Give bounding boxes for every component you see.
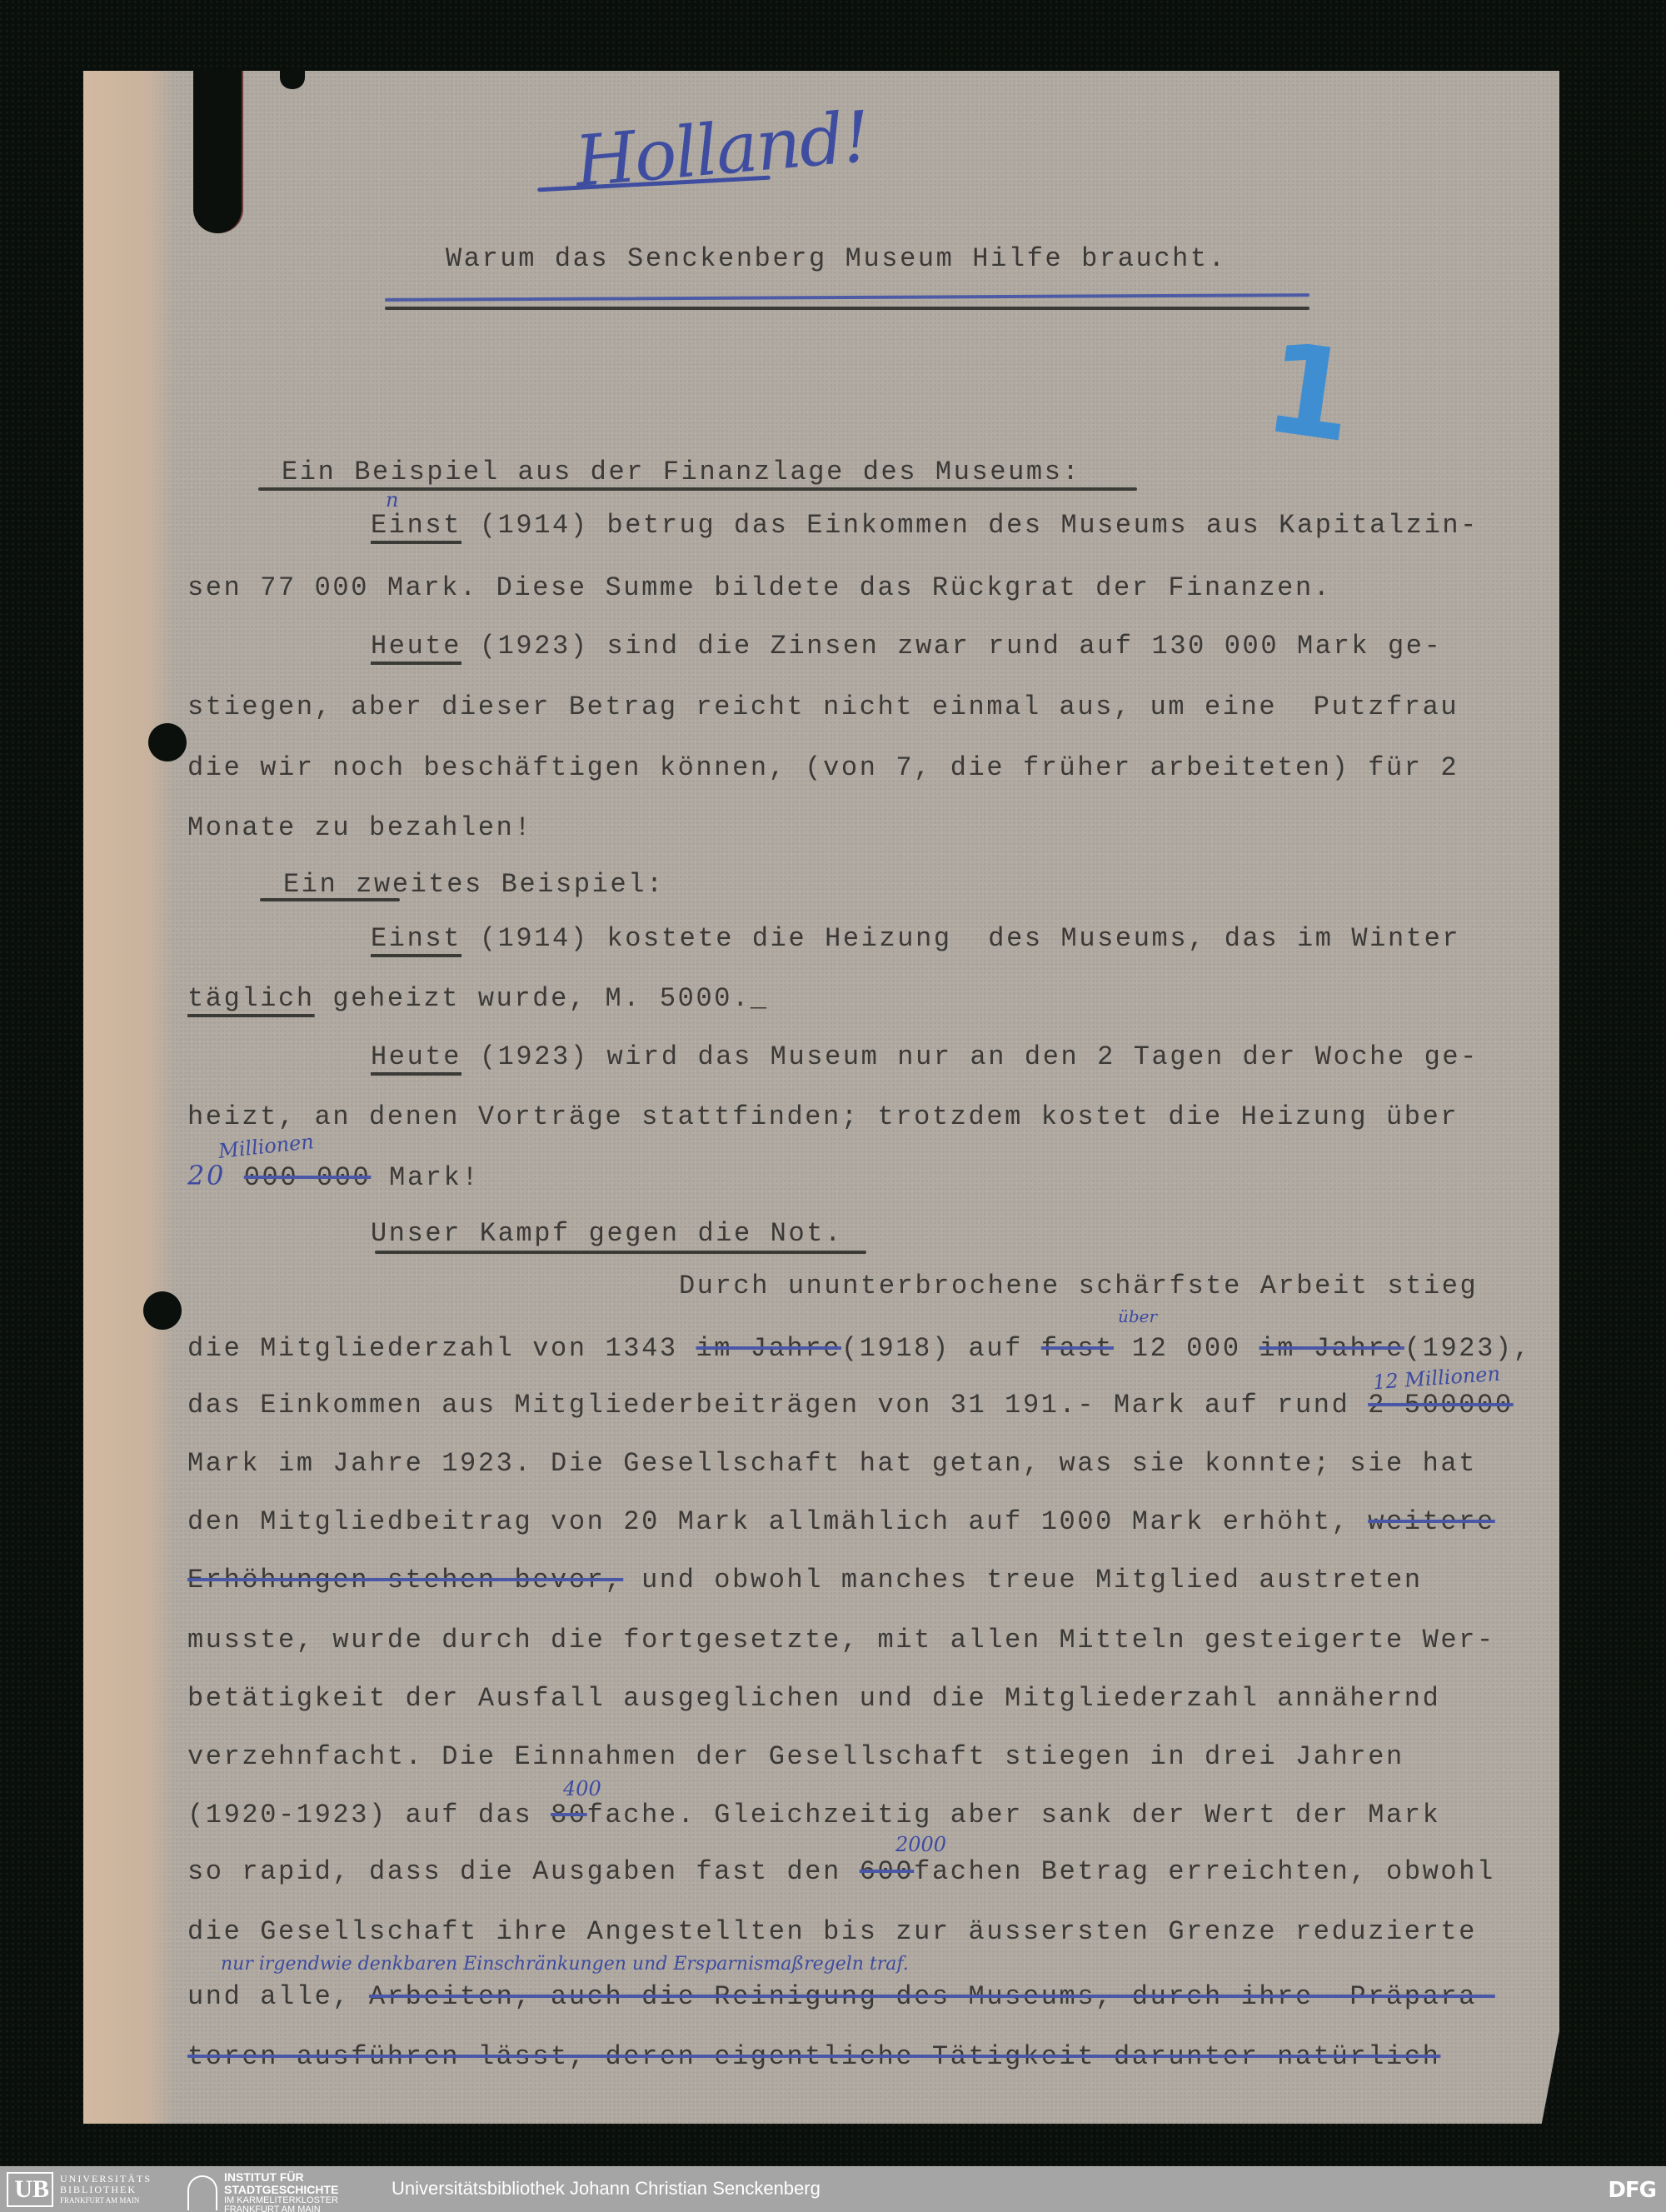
paper-fold-edge	[83, 71, 175, 2124]
insert-n: n	[386, 488, 398, 512]
paragraph-line: das Einkommen aus Mitgliederbeiträgen vo…	[187, 1390, 1514, 1421]
label-heute: Heute	[371, 1041, 461, 1072]
isg-logo-text: INSTITUT FÜR STADTGESCHICHTE IM KARMELIT…	[224, 2171, 338, 2212]
paragraph-line: Erhöhungen stehen bevor, und obwohl manc…	[187, 1565, 1423, 1595]
paragraph-line: Heute (1923) sind die Zinsen zwar rund a…	[371, 631, 1442, 662]
paragraph-line: Mark im Jahre 1923. Die Gesellschaft hat…	[187, 1448, 1477, 1479]
paragraph-line: die wir noch beschäftigen können, (von 7…	[187, 752, 1459, 783]
paragraph-line: musste, wurde durch die fortgesetzte, mi…	[187, 1625, 1495, 1655]
insert-2000: 2000	[895, 1833, 946, 1856]
insert-ueber: über	[1118, 1306, 1157, 1326]
torn-punch-hole	[193, 71, 242, 233]
ub-logo-mark: UB	[7, 2172, 53, 2207]
punch-hole-lower	[143, 1291, 182, 1330]
paragraph-line: Einst (1914) kostete die Heizung des Mus…	[371, 923, 1460, 954]
paragraph-line: die Mitgliederzahl von 1343 im Jahre(191…	[187, 1333, 1532, 1364]
label-einst: Einst	[371, 923, 461, 954]
library-name: Universitätsbibliothek Johann Christian …	[392, 2178, 821, 2200]
typed-title: Warum das Senckenberg Museum Hilfe brauc…	[446, 243, 1227, 274]
paragraph-line: täglich geheizt wurde, M. 5000._	[187, 983, 769, 1014]
section-heading-finanzlage: Ein Beispiel aus der Finanzlage des Muse…	[282, 457, 1080, 487]
insert-einschraenkungen: nur irgendwie denkbaren Einschränkungen …	[221, 1954, 909, 1975]
punch-hole-upper	[148, 723, 187, 761]
paragraph-line: so rapid, dass die Ausgaben fast den 600…	[187, 1856, 1495, 1887]
paragraph-line: Einst (1914) betrug das Einkommen des Mu…	[371, 510, 1479, 541]
paragraph-line: sen 77 000 Mark. Diese Summe bildete das…	[187, 572, 1332, 603]
paragraph-line: Monate zu bezahlen!	[187, 812, 532, 843]
title-underline-typed	[385, 307, 1309, 310]
insert-400: 400	[563, 1777, 601, 1800]
ub-logo-text: UNIVERSITÄTS BIBLIOTHEK FRANKFURT AM MAI…	[60, 2174, 152, 2206]
isg-logo[interactable]: INSTITUT FÜR STADTGESCHICHTE IM KARMELIT…	[187, 2171, 338, 2212]
label-einst: Einst	[371, 510, 461, 541]
label-taeglich: täglich	[187, 983, 315, 1014]
section-heading-zweites-beispiel: Ein zweites Beispiel:	[283, 869, 665, 900]
label-heute: Heute	[371, 631, 461, 662]
paragraph-line: stiegen, aber dieser Betrag reicht nicht…	[187, 692, 1459, 722]
paragraph-line: verzehnfacht. Die Einnahmen der Gesellsc…	[187, 1741, 1404, 1772]
paragraph-line: heizt, an denen Vorträge stattfinden; tr…	[187, 1101, 1459, 1132]
paragraph-line: Heute (1923) wird das Museum nur an den …	[371, 1041, 1479, 1072]
paragraph-line: (1920-1923) auf das 80fache. Gleichzeiti…	[187, 1800, 1440, 1830]
paragraph-line: betätigkeit der Ausfall ausgeglichen und…	[187, 1683, 1440, 1714]
paragraph-line: toren ausführen lässt, deren eigentliche…	[187, 2041, 1440, 2072]
arch-icon	[187, 2175, 217, 2210]
paragraph-line: 20 000 000 Mark!	[187, 1160, 480, 1193]
dfg-logo[interactable]: DFG	[1608, 2178, 1656, 2203]
section-heading-underline	[260, 898, 400, 901]
ub-logo[interactable]: UB UNIVERSITÄTS BIBLIOTHEK FRANKFURT AM …	[7, 2171, 152, 2208]
section-heading-underline	[375, 1251, 866, 1254]
paragraph-line: die Gesellschaft ihre Angestellten bis z…	[187, 1916, 1477, 1947]
paragraph-line: den Mitgliedbeitrag von 20 Mark allmähli…	[187, 1506, 1495, 1537]
paragraph-line: und alle, Arbeiten, auch die Reinigung d…	[187, 1981, 1495, 2012]
footer-bar: UB UNIVERSITÄTS BIBLIOTHEK FRANKFURT AM …	[0, 2166, 1666, 2212]
paragraph-line: Durch ununterbrochene schärfste Arbeit s…	[679, 1271, 1478, 1301]
section-heading-kampf: Unser Kampf gegen die Not.	[371, 1218, 843, 1249]
